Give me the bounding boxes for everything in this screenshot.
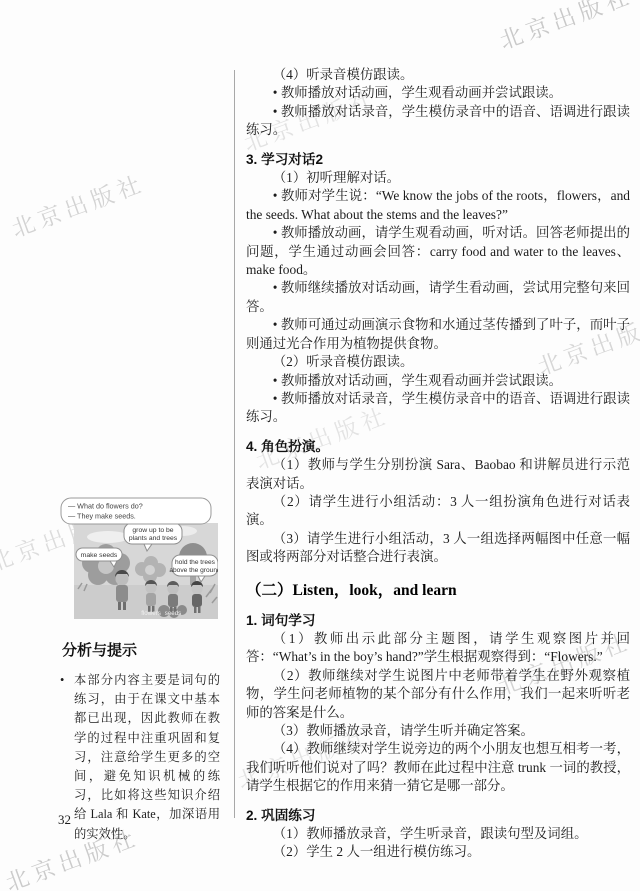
svg-text:make seeds: make seeds (81, 552, 118, 559)
analysis-note-text: 本部分内容主要是词句的练习，由于在课文中基本都已出现，因此教师在教学的过程中注重… (74, 671, 220, 844)
paragraph: • 教师继续播放对话动画，请学生看动画，尝试用完整句来回答。 (246, 279, 630, 316)
paragraph: （2）学生 2 人一组进行模仿练习。 (246, 843, 630, 861)
paragraph: （2）听录音模仿跟读。 (246, 353, 630, 371)
paragraph: （2）请学生进行小组活动：3 人一组扮演角色进行对话表演。 (246, 493, 630, 530)
paragraph: （1）教师与学生分别扮演 Sara、Baobao 和讲解员进行示范表演对话。 (246, 456, 630, 493)
svg-text:above the ground: above the ground (169, 567, 218, 574)
svg-text:plants and trees: plants and trees (129, 535, 178, 542)
sidebar: make seeds grow up to be plants and tree… (60, 497, 220, 844)
section-heading: 4. 角色扮演。 (246, 438, 630, 456)
publisher-watermark: 北京出版社 (6, 165, 149, 244)
svg-text:grow up to be: grow up to be (132, 527, 173, 534)
paragraph: • 教师播放对话录音，学生模仿录音中的语音、语调进行跟读练习。 (246, 390, 630, 427)
column-divider (234, 70, 235, 818)
flowers-label: flowers (141, 610, 161, 617)
seeds-label: seeds (165, 610, 182, 617)
paragraph: • 教师播放对话动画，学生观看动画并尝试跟读。 (246, 372, 630, 390)
section-heading: 1. 词句学习 (246, 612, 630, 630)
paragraph: • 教师播放动画，请学生观看动画，听对话。回答老师提出的问题，学生通过动画会回答… (246, 224, 630, 279)
plants-cartoon-image: make seeds grow up to be plants and tree… (60, 497, 218, 619)
analysis-note: • 本部分内容主要是词句的练习，由于在课文中基本都已出现，因此教师在教学的过程中… (60, 671, 220, 844)
section-heading: 2. 巩固练习 (246, 807, 630, 825)
page-number: 32 (58, 812, 71, 828)
paragraph: （3）请学生进行小组活动，3 人一组选择两幅图中任意一幅图或将两部分对话整合进行… (246, 530, 630, 567)
part-heading: （二）Listen，look，and learn (246, 581, 630, 601)
paragraph: • 教师播放对话动画，学生观看动画并尝试跟读。 (246, 84, 630, 102)
paragraph: （2）教师继续对学生说图片中老师带着学生在野外观察植物，学生问老师植物的某个部分… (246, 667, 630, 722)
book-page: 北京出版社 北京出版社 北京出版社 北京出版社 北京出版社 北京出版社 北京出版… (0, 0, 640, 891)
publisher-watermark: 北京出版社 (494, 0, 637, 56)
svg-text:— What do flowers do?: — What do flowers do? (68, 502, 143, 511)
paragraph: （4）教师继续对学生说旁边的两个小朋友也想互相考一考，我们听听他们说对了吗？教师… (246, 740, 630, 795)
svg-text:hold the trees: hold the trees (175, 559, 216, 566)
section-heading: 3. 学习对话2 (246, 151, 630, 169)
analysis-tips-heading: 分析与提示 (62, 639, 220, 660)
paragraph: （1）教师出示此部分主题图，请学生观察图片并回答：“What’s in the … (246, 630, 630, 667)
textbook-illustration: make seeds grow up to be plants and tree… (60, 497, 218, 619)
paragraph: （1）教师播放录音，学生听录音，跟读句型及词组。 (246, 825, 630, 843)
cloud-shape (87, 531, 129, 543)
dialog-box: — What do flowers do? — They make seeds. (61, 498, 211, 524)
paragraph: • 教师可通过动画演示食物和水通过茎传播到了叶子，而叶子则通过光合作用为植物提供… (246, 316, 630, 353)
paragraph: • 教师播放对话录音，学生模仿录音中的语音、语调进行跟读练习。 (246, 103, 630, 140)
paragraph: （1）初听理解对话。 (246, 169, 630, 187)
main-content: （4）听录音模仿跟读。 • 教师播放对话动画，学生观看动画并尝试跟读。 • 教师… (246, 66, 630, 862)
svg-text:— They make seeds.: — They make seeds. (68, 512, 136, 521)
paragraph: （3）教师播放录音，请学生听并确定答案。 (246, 722, 630, 740)
paragraph: • 教师对学生说：“We know the jobs of the roots，… (246, 187, 630, 224)
paragraph: （4）听录音模仿跟读。 (246, 66, 630, 84)
bullet-dot: • (60, 671, 64, 690)
